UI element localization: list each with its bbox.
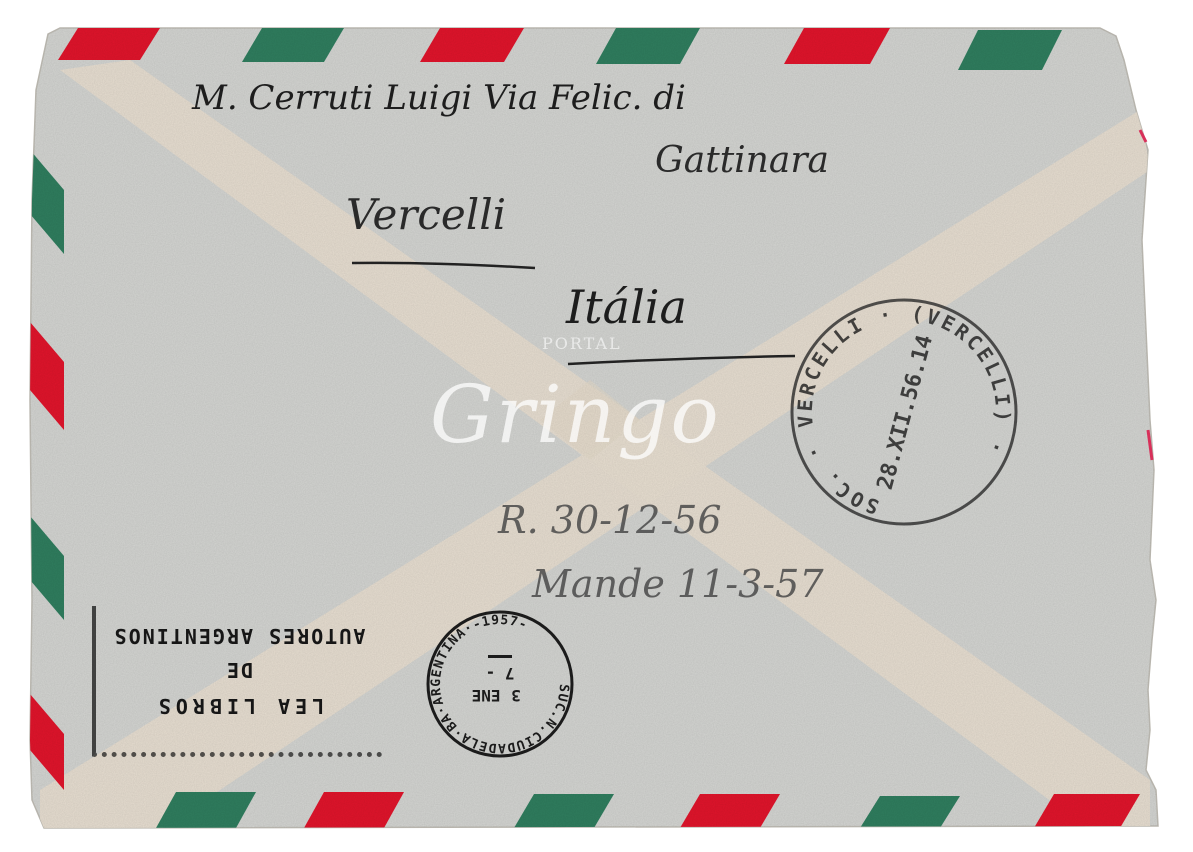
reply-date-note: Mande 11-3-57 [532, 562, 824, 606]
envelope-photo: M. Cerruti Luigi Via Felic. di Gattinara… [0, 0, 1193, 852]
sender-province-line: Vercelli [346, 190, 506, 239]
watermark-gringo: Gringo [430, 368, 721, 461]
received-date-note: R. 30-12-56 [498, 498, 722, 542]
slogan-cachet: AUTORES ARGENTINOS DE LEA LIBROS [92, 606, 382, 757]
svg-text:SUC.N.CIUDADELA·BA·ARGENTINA·-: SUC.N.CIUDADELA·BA·ARGENTINA·-1957- [429, 613, 571, 755]
sender-name-line: M. Cerruti Luigi Via Felic. di [192, 78, 686, 118]
postmark-italy-date: 28.XII.56.14 [873, 332, 938, 492]
sender-country-line: Itália [566, 280, 687, 334]
postmark-argentina-ring: SUC.N.CIUDADELA·BA·ARGENTINA·-1957- [429, 613, 571, 755]
sender-town-line: Gattinara [655, 140, 829, 181]
postmark-argentina-month: ENE [472, 686, 501, 705]
postmark-argentina-hour: 7 - [486, 664, 515, 683]
watermark-portal: PORTAL [542, 334, 622, 353]
cachet-line-authors: AUTORES ARGENTINOS [96, 624, 382, 648]
postmark-argentina: SUC.N.CIUDADELA·BA·ARGENTINA·-1957- 3 EN… [424, 608, 576, 760]
cachet-line-lea-libros: LEA LIBROS [96, 694, 382, 718]
cachet-line-de: DE [96, 658, 382, 682]
postmark-argentina-day: 3 [511, 686, 521, 705]
